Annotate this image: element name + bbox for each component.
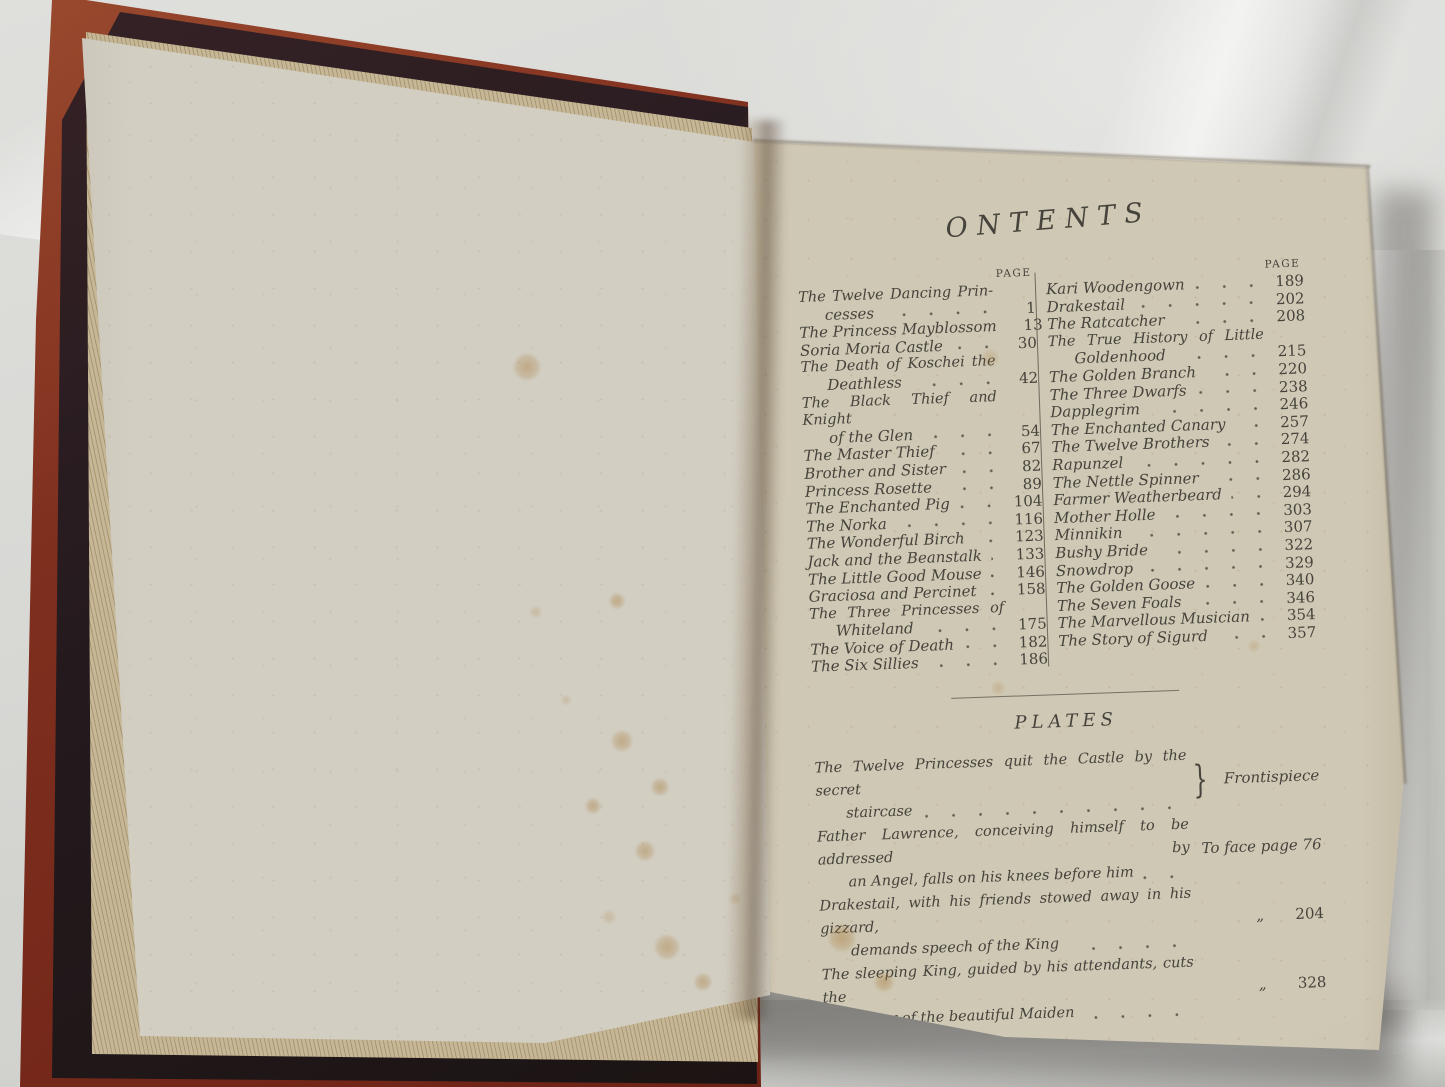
plates-heading: PLATES (813, 702, 1319, 741)
plate-page-number: 204 (1290, 904, 1325, 923)
dot-leader (959, 503, 1003, 510)
page-number: 186 (1019, 651, 1048, 670)
dot-leader (955, 467, 1005, 474)
foxing-spot (609, 593, 625, 609)
page-number: 354 (1287, 606, 1316, 625)
foxing-spot (561, 695, 571, 705)
contents-column-left: PAGE The Twelve Dancing Prin- cesses 1 (797, 267, 1048, 677)
foxing-spot (585, 798, 601, 814)
dot-leader (1231, 493, 1272, 499)
dot-leader (985, 591, 1006, 597)
dot-leader (896, 520, 1004, 529)
page-number: 67 (1014, 440, 1041, 458)
plate-caption: Drakestail, with his friends stowed away… (819, 883, 1193, 965)
contents-title: ONTENTS (795, 185, 1302, 256)
dot-leader (1068, 943, 1188, 952)
page-number: 82 (1015, 458, 1042, 476)
contents-column-right: PAGE Kari Woodengown 189 (1035, 257, 1317, 668)
dot-leader (1196, 388, 1269, 396)
dot-leader (1217, 634, 1277, 641)
dot-leader (1132, 458, 1270, 468)
contents-entries-right: Kari Woodengown 189 Drakestail 202 (1046, 272, 1317, 650)
dot-leader (1205, 370, 1268, 377)
plate-reference: To face page 76 (1189, 835, 1324, 858)
contents-columns: PAGE The Twelve Dancing Prin- cesses 1 (797, 257, 1317, 676)
page-number: 282 (1281, 448, 1310, 467)
page-number: 294 (1282, 483, 1311, 502)
foxing-spot (635, 841, 655, 861)
foxing-spot (602, 910, 616, 924)
dot-leader (928, 661, 1009, 669)
plate-reference: „ 328 (1194, 972, 1329, 995)
foxing-spot (828, 924, 856, 952)
dot-leader (1164, 511, 1272, 520)
contents-entry: The Black Thief and Knight of the Glen 5… (802, 387, 1041, 448)
dot-leader (1259, 616, 1276, 622)
dot-leader (1143, 874, 1186, 880)
page-number: 42 (1012, 370, 1039, 388)
dot-leader (974, 538, 1005, 544)
dot-leader (1157, 546, 1274, 555)
dot-leader (1174, 317, 1266, 325)
dot-leader (1175, 353, 1267, 361)
plates-list: The Twelve Princesses quit the Castle by… (814, 740, 1329, 1033)
foxing-spot (530, 606, 542, 618)
dot-leader (1084, 1012, 1191, 1021)
plates-divider-rule (951, 690, 1179, 699)
dot-leader (1134, 300, 1265, 310)
page-number: 158 (1017, 581, 1046, 600)
dot-leader (1142, 564, 1274, 574)
dot-leader (1131, 528, 1273, 538)
foxing-spot (611, 730, 633, 752)
dot-leader (1194, 282, 1265, 289)
foxing-spot (513, 353, 541, 381)
page-number: 322 (1284, 536, 1313, 555)
dot-leader (1219, 441, 1270, 448)
dot-leader (944, 450, 1004, 457)
page-number: 133 (1015, 545, 1044, 564)
contents-entries-left: The Twelve Dancing Prin- cesses 1 The Pr… (798, 282, 1048, 677)
foxing-spot (1248, 640, 1260, 652)
dot-leader (1149, 405, 1269, 414)
plate-reference: Frontispiece (1213, 766, 1321, 788)
dot-leader (922, 432, 1003, 440)
dot-leader (991, 555, 1005, 560)
page-number: 175 (1018, 616, 1047, 635)
dot-leader (991, 573, 1006, 579)
page-number: 123 (1015, 528, 1044, 547)
foxing-spot (654, 934, 680, 960)
foxing-spot (729, 893, 741, 905)
page-number: 246 (1279, 395, 1308, 414)
dot-leader (911, 379, 1002, 387)
dot-leader (1190, 599, 1275, 607)
dot-leader (1208, 476, 1272, 483)
dot-leader (1204, 581, 1275, 588)
foxing-spot (651, 778, 669, 796)
foxing-spot (874, 972, 894, 992)
photo-open-book-on-cloth: ONTENTS PAGE The Twelve Dancing Prin- ce… (0, 0, 1445, 1087)
page-number: 208 (1276, 307, 1305, 326)
page-number: 307 (1284, 518, 1313, 537)
page-number: 189 (1275, 272, 1304, 291)
dot-leader (941, 485, 1005, 492)
contents-text-block: ONTENTS PAGE The Twelve Dancing Prin- ce… (795, 188, 1330, 1033)
foxing-spot (694, 973, 712, 991)
page-number: 30 (1011, 334, 1038, 352)
dot-leader (923, 626, 1008, 634)
page-number: 357 (1287, 624, 1316, 643)
plate-page-number: 328 (1292, 972, 1327, 991)
brace: } (1192, 757, 1208, 801)
page-number: 104 (1014, 493, 1043, 512)
foxing-spot (981, 349, 999, 367)
plate-caption: The Twelve Princesses quit the Castle by… (814, 745, 1188, 827)
page-number: 220 (1278, 360, 1307, 379)
page-number: 340 (1285, 571, 1314, 590)
dot-leader (963, 643, 1008, 650)
dot-leader (1234, 423, 1269, 429)
plate-reference: „ 204 (1192, 903, 1327, 926)
foxing-spot (991, 681, 1005, 695)
plate-caption: Father Lawrence, conceiving himself to b… (817, 814, 1191, 896)
